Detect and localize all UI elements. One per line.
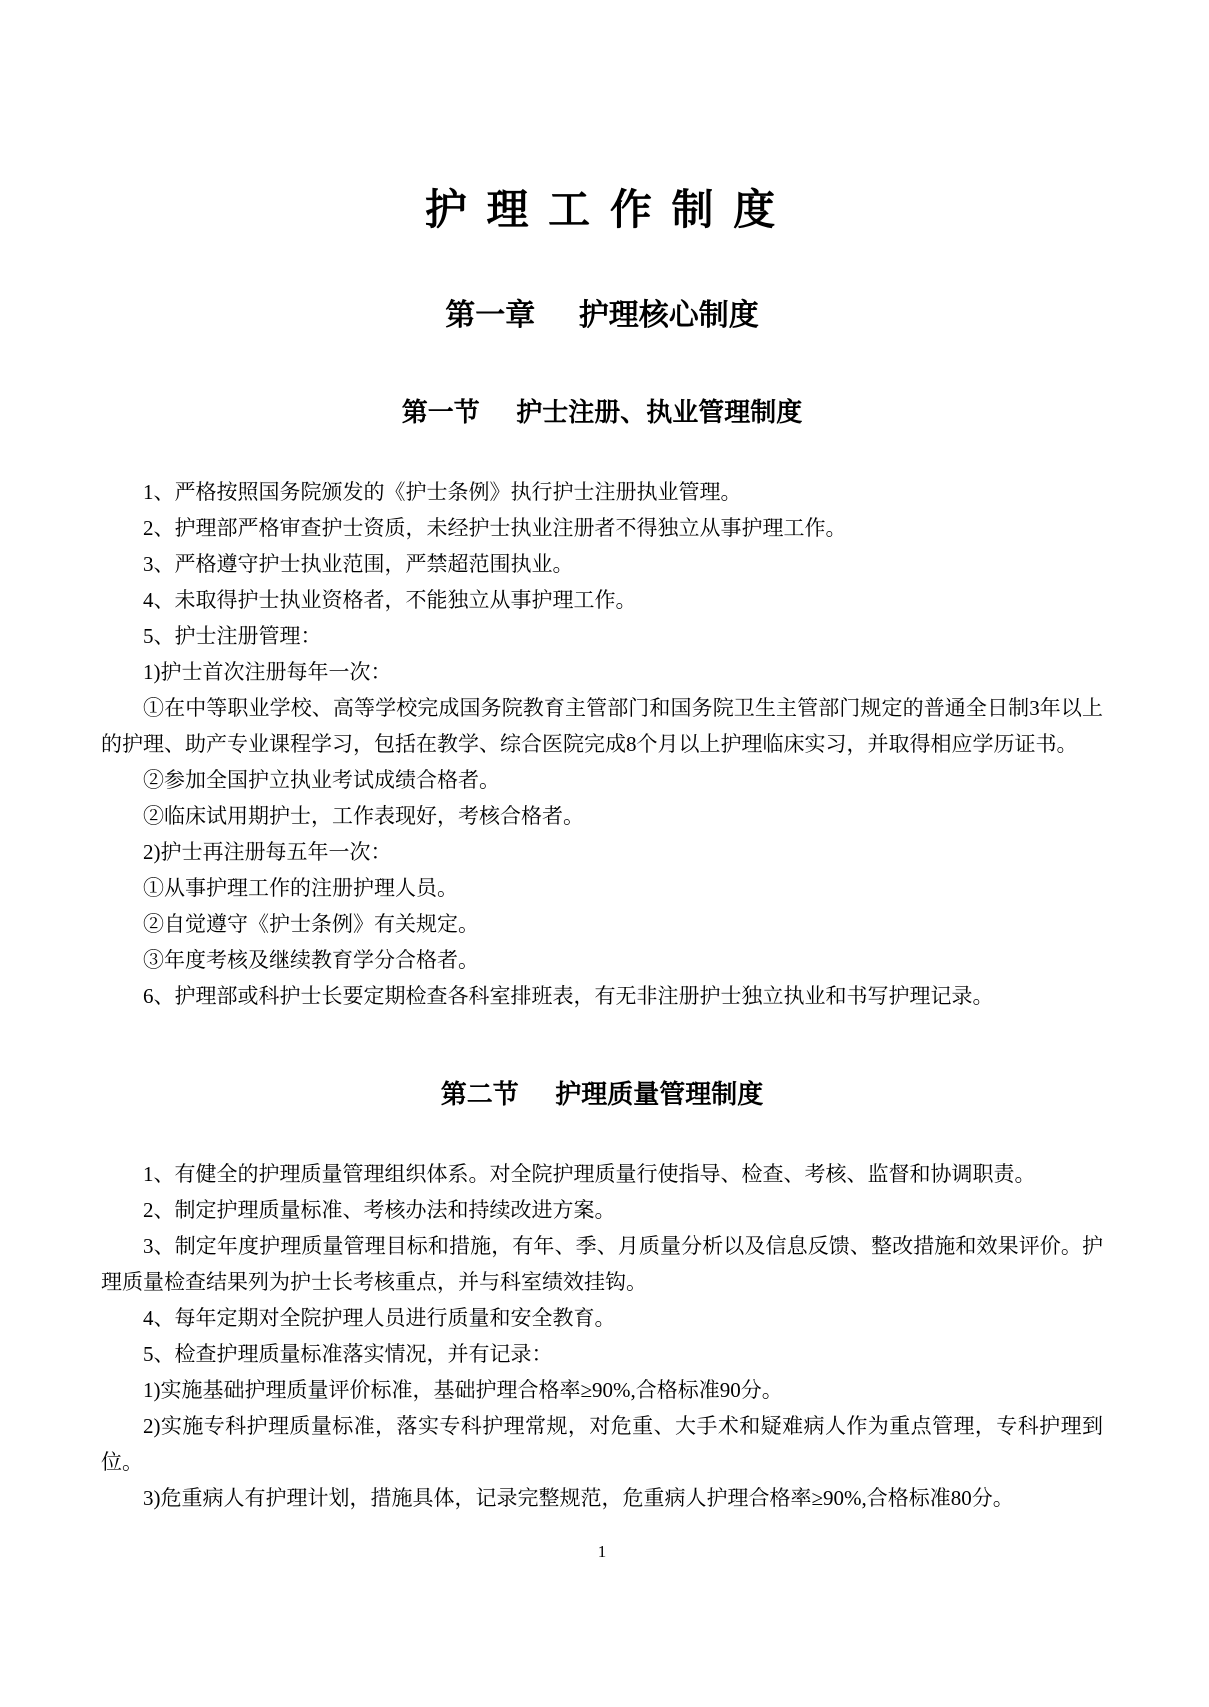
section-1-paragraph: 2、护理部严格审查护士资质，未经护士执业注册者不得独立从事护理工作。 (101, 510, 1103, 546)
section-2-paragraph: 5、检查护理质量标准落实情况，并有记录： (101, 1336, 1103, 1372)
section-1-paragraph: 3、严格遵守护士执业范围，严禁超范围执业。 (101, 546, 1103, 582)
document-page: 护 理 工 作 制 度 第一章护理核心制度 第一节护士注册、执业管理制度 1、严… (0, 0, 1209, 1707)
section-1-paragraph: ②参加全国护立执业考试成绩合格者。 (101, 762, 1103, 798)
document-content: 护 理 工 作 制 度 第一章护理核心制度 第一节护士注册、执业管理制度 1、严… (0, 0, 1209, 1562)
section-2-paragraph: 2)实施专科护理质量标准，落实专科护理常规，对危重、大手术和疑难病人作为重点管理… (101, 1408, 1103, 1480)
section-1-paragraph: 1、严格按照国务院颁发的《护士条例》执行护士注册执业管理。 (101, 474, 1103, 510)
section-2-paragraph: 3)危重病人有护理计划，措施具体，记录完整规范，危重病人护理合格率≥90%,合格… (101, 1480, 1103, 1516)
section-2-label: 第二节 (441, 1079, 519, 1109)
section-1-paragraph: ①在中等职业学校、高等学校完成国务院教育主管部门和国务院卫生主管部门规定的普通全… (101, 690, 1103, 762)
section-2-body: 1、有健全的护理质量管理组织体系。对全院护理质量行使指导、检查、考核、监督和协调… (101, 1156, 1103, 1516)
section-1-paragraph: 2)护士再注册每五年一次： (101, 834, 1103, 870)
document-title: 护 理 工 作 制 度 (101, 0, 1103, 234)
section-1-paragraph: 6、护理部或科护士长要定期检查各科室排班表，有无非注册护士独立执业和书写护理记录… (101, 978, 1103, 1014)
chapter-title: 护理核心制度 (579, 299, 759, 332)
section-2-paragraph: 3、制定年度护理质量管理目标和措施，有年、季、月质量分析以及信息反馈、整改措施和… (101, 1228, 1103, 1300)
section-1-paragraph: 1)护士首次注册每年一次： (101, 654, 1103, 690)
section-2-heading: 第二节护理质量管理制度 (101, 1078, 1103, 1110)
chapter-heading: 第一章护理核心制度 (101, 298, 1103, 334)
chapter-label: 第一章 (445, 299, 535, 332)
section-2-paragraph: 1)实施基础护理质量评价标准，基础护理合格率≥90%,合格标准90分。 (101, 1372, 1103, 1408)
section-2-paragraph: 1、有健全的护理质量管理组织体系。对全院护理质量行使指导、检查、考核、监督和协调… (101, 1156, 1103, 1192)
section-2-title: 护理质量管理制度 (555, 1079, 763, 1109)
section-1-paragraph: ②临床试用期护士，工作表现好，考核合格者。 (101, 798, 1103, 834)
section-1-label: 第一节 (402, 397, 480, 427)
section-1-paragraph: ②自觉遵守《护士条例》有关规定。 (101, 906, 1103, 942)
section-1-paragraph: 4、未取得护士执业资格者，不能独立从事护理工作。 (101, 582, 1103, 618)
section-1-paragraph: 5、护士注册管理： (101, 618, 1103, 654)
section-1-paragraph: ③年度考核及继续教育学分合格者。 (101, 942, 1103, 978)
page-number: 1 (101, 1542, 1103, 1562)
section-1-body: 1、严格按照国务院颁发的《护士条例》执行护士注册执业管理。 2、护理部严格审查护… (101, 474, 1103, 1014)
section-1-title: 护士注册、执业管理制度 (516, 397, 802, 427)
section-2-paragraph: 2、制定护理质量标准、考核办法和持续改进方案。 (101, 1192, 1103, 1228)
section-1-heading: 第一节护士注册、执业管理制度 (101, 396, 1103, 428)
section-2-paragraph: 4、每年定期对全院护理人员进行质量和安全教育。 (101, 1300, 1103, 1336)
section-1-paragraph: ①从事护理工作的注册护理人员。 (101, 870, 1103, 906)
